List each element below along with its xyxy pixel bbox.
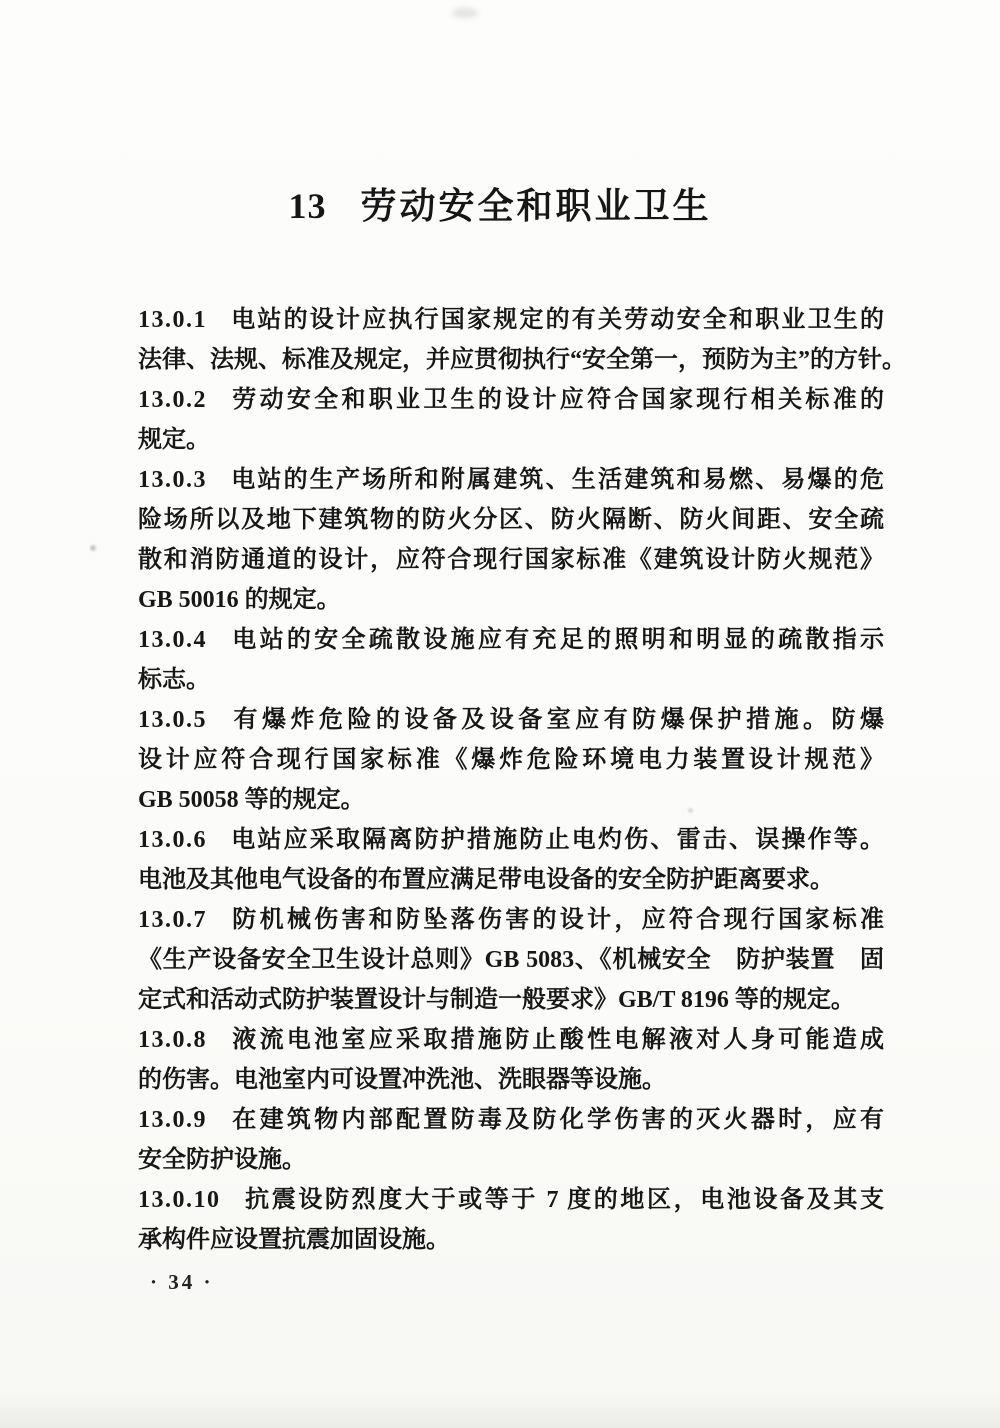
page-number-footer: · 34 · bbox=[150, 1270, 214, 1295]
clause-text: 抗震设防烈度大于或等于 7 度的地区，电池设备及其支 bbox=[243, 1187, 885, 1213]
clause-number: 13.0.4 bbox=[138, 627, 207, 653]
clause-line: 13.0.8液流电池室应采取措施防止酸性电解液对人身可能造成 bbox=[138, 1020, 884, 1060]
clause-line: 的伤害。电池室内可设置冲洗池、洗眼器等设施。 bbox=[138, 1060, 884, 1100]
clause-line: 13.0.4电站的安全疏散设施应有充足的照明和明显的疏散指示 bbox=[138, 620, 884, 660]
clause: 13.0.1电站的设计应执行国家规定的有关劳动安全和职业卫生的法律、法规、标准及… bbox=[138, 300, 884, 380]
clause-line: 13.0.5有爆炸危险的设备及设备室应有防爆保护措施。防爆 bbox=[138, 700, 884, 740]
clause: 13.0.6电站应采取隔离防护措施防止电灼伤、雷击、误操作等。电池及其他电气设备… bbox=[138, 820, 884, 900]
chapter-title-text: 劳动安全和职业卫生 bbox=[360, 186, 711, 226]
clause-line: 13.0.1电站的设计应执行国家规定的有关劳动安全和职业卫生的 bbox=[138, 300, 884, 340]
clause-line: 规定。 bbox=[138, 420, 884, 460]
clause-line: 法律、法规、标准及规定，并应贯彻执行“安全第一，预防为主”的方针。 bbox=[138, 340, 884, 380]
clause-number: 13.0.1 bbox=[138, 307, 207, 333]
clause-line: 13.0.2劳动安全和职业卫生的设计应符合国家现行相关标准的 bbox=[138, 380, 884, 420]
scanned-document-page: 13劳动安全和职业卫生 13.0.1电站的设计应执行国家规定的有关劳动安全和职业… bbox=[0, 0, 1000, 1428]
clause-line: 散和消防通道的设计，应符合现行国家标准《建筑设计防火规范》 bbox=[138, 540, 884, 580]
clause-list: 13.0.1电站的设计应执行国家规定的有关劳动安全和职业卫生的法律、法规、标准及… bbox=[138, 300, 884, 1260]
clause-text: 在建筑物内部配置防毒及防化学伤害的灭火器时，应有 bbox=[229, 1107, 884, 1133]
clause-number: 13.0.2 bbox=[138, 387, 207, 413]
clause: 13.0.9在建筑物内部配置防毒及防化学伤害的灭火器时，应有安全防护设施。 bbox=[138, 1100, 884, 1180]
clause-line: 13.0.6电站应采取隔离防护措施防止电灼伤、雷击、误操作等。 bbox=[138, 820, 884, 860]
scan-artifact bbox=[452, 8, 478, 18]
clause-text: 液流电池室应采取措施防止酸性电解液对人身可能造成 bbox=[229, 1027, 884, 1053]
clause-line: 13.0.10抗震设防烈度大于或等于 7 度的地区，电池设备及其支 bbox=[138, 1180, 884, 1220]
clause: 13.0.8液流电池室应采取措施防止酸性电解液对人身可能造成的伤害。电池室内可设… bbox=[138, 1020, 884, 1100]
clause-line: 险场所以及地下建筑物的防火分区、防火隔断、防火间距、安全疏 bbox=[138, 500, 884, 540]
clause-number: 13.0.7 bbox=[138, 907, 207, 933]
clause-line: 13.0.7防机械伤害和防坠落伤害的设计，应符合现行国家标准 bbox=[138, 900, 884, 940]
clause-line: GB 50016 的规定。 bbox=[138, 580, 884, 620]
chapter-title: 13劳动安全和职业卫生 bbox=[0, 178, 1000, 229]
clause-text: 电站应采取隔离防护措施防止电灼伤、雷击、误操作等。 bbox=[229, 827, 884, 853]
clause-text: 电站的生产场所和附属建筑、生活建筑和易燃、易爆的危 bbox=[229, 467, 884, 493]
clause-line: 《生产设备安全卫生设计总则》GB 5083、《机械安全 防护装置 固 bbox=[138, 940, 884, 980]
clause-text: 劳动安全和职业卫生的设计应符合国家现行相关标准的 bbox=[229, 387, 884, 413]
scan-artifact bbox=[90, 545, 96, 551]
clause: 13.0.5有爆炸危险的设备及设备室应有防爆保护措施。防爆设计应符合现行国家标准… bbox=[138, 700, 884, 820]
clause-text: 有爆炸危险的设备及设备室应有防爆保护措施。防爆 bbox=[229, 707, 884, 733]
clause: 13.0.7防机械伤害和防坠落伤害的设计，应符合现行国家标准《生产设备安全卫生设… bbox=[138, 900, 884, 1020]
chapter-number: 13 bbox=[288, 186, 326, 226]
clause-line: 定式和活动式防护装置设计与制造一般要求》GB/T 8196 等的规定。 bbox=[138, 980, 884, 1020]
clause-number: 13.0.10 bbox=[138, 1187, 221, 1213]
clause: 13.0.4电站的安全疏散设施应有充足的照明和明显的疏散指示标志。 bbox=[138, 620, 884, 700]
clause-line: 安全防护设施。 bbox=[138, 1140, 884, 1180]
clause-text: 电站的设计应执行国家规定的有关劳动安全和职业卫生的 bbox=[229, 307, 884, 333]
clause: 13.0.10抗震设防烈度大于或等于 7 度的地区，电池设备及其支承构件应设置抗… bbox=[138, 1180, 884, 1260]
clause-number: 13.0.3 bbox=[138, 467, 207, 493]
clause-text: 防机械伤害和防坠落伤害的设计，应符合现行国家标准 bbox=[229, 907, 884, 933]
clause-line: 13.0.9在建筑物内部配置防毒及防化学伤害的灭火器时，应有 bbox=[138, 1100, 884, 1140]
clause-line: 电池及其他电气设备的布置应满足带电设备的安全防护距离要求。 bbox=[138, 860, 884, 900]
clause-line: 设计应符合现行国家标准《爆炸危险环境电力装置设计规范》 bbox=[138, 740, 884, 780]
clause-line: GB 50058 等的规定。 bbox=[138, 780, 884, 820]
clause: 13.0.3电站的生产场所和附属建筑、生活建筑和易燃、易爆的危险场所以及地下建筑… bbox=[138, 460, 884, 620]
clause: 13.0.2劳动安全和职业卫生的设计应符合国家现行相关标准的规定。 bbox=[138, 380, 884, 460]
scan-shadow bbox=[0, 1394, 1000, 1428]
clause-line: 标志。 bbox=[138, 660, 884, 700]
clause-text: 电站的安全疏散设施应有充足的照明和明显的疏散指示 bbox=[229, 627, 884, 653]
clause-line: 13.0.3电站的生产场所和附属建筑、生活建筑和易燃、易爆的危 bbox=[138, 460, 884, 500]
clause-number: 13.0.6 bbox=[138, 827, 207, 853]
clause-number: 13.0.9 bbox=[138, 1107, 207, 1133]
clause-number: 13.0.8 bbox=[138, 1027, 207, 1053]
clause-number: 13.0.5 bbox=[138, 707, 207, 733]
clause-line: 承构件应设置抗震加固设施。 bbox=[138, 1220, 884, 1260]
